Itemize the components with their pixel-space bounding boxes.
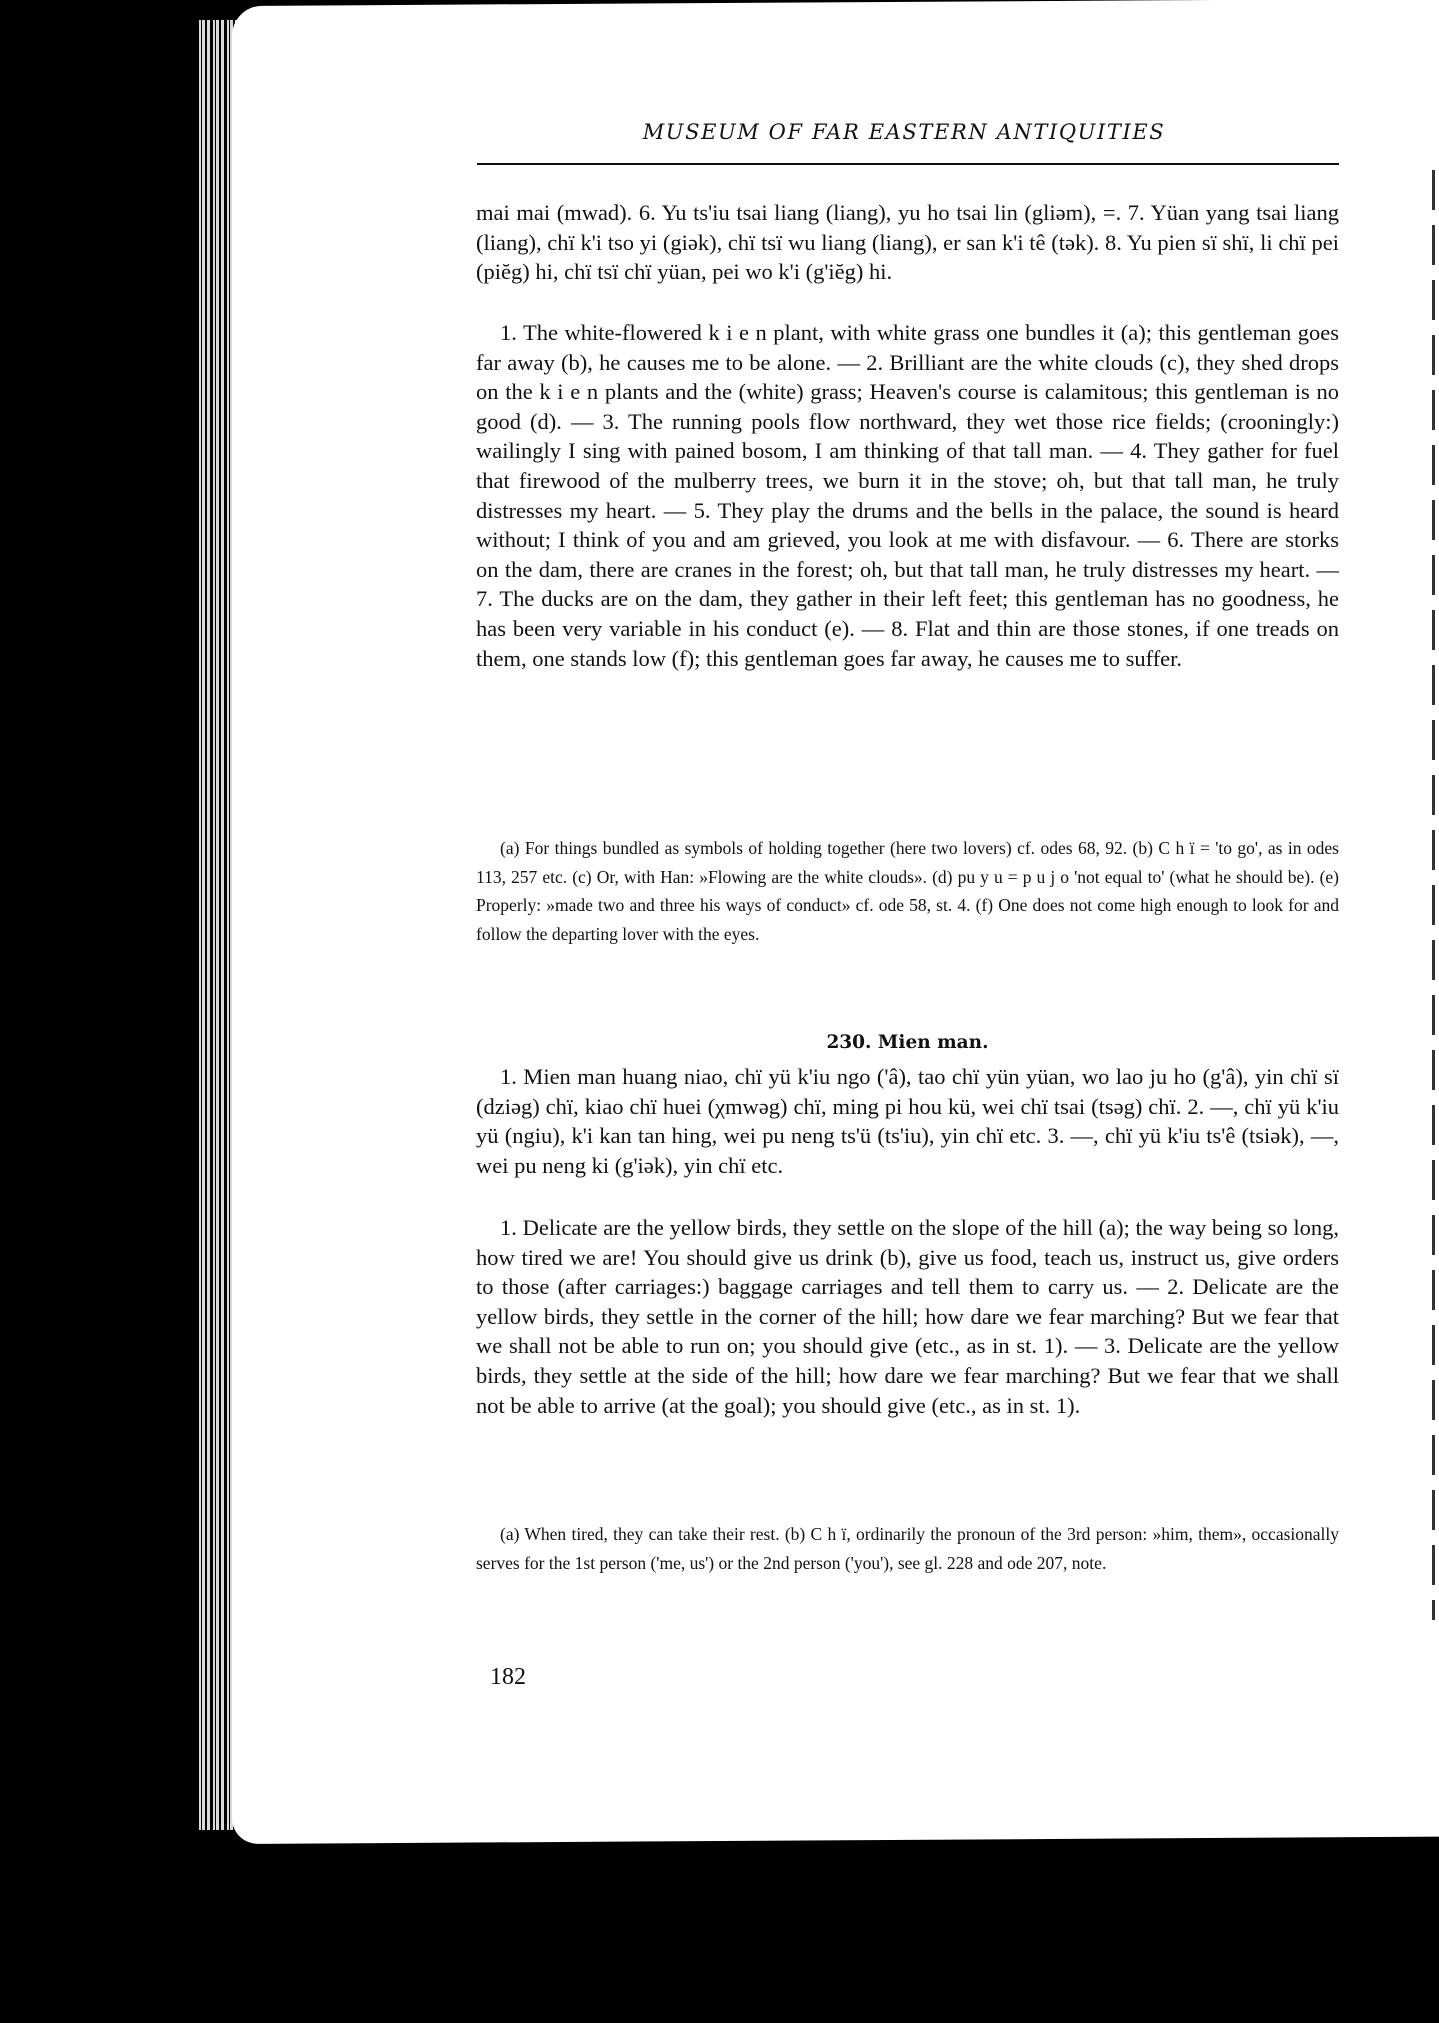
ode-230-title: 230. Mien man. [476, 1032, 1339, 1053]
ode-229-translation-block: 1. The white-flowered k i e n plant, wit… [476, 318, 1339, 673]
ode-229-translation: 1. The white-flowered k i e n plant, wit… [476, 318, 1339, 673]
running-head: MUSEUM OF FAR EASTERN ANTIQUITIES [584, 120, 1224, 144]
ode-230-transcription: 1. Mien man huang niao, chï yü k'iu ngo … [476, 1062, 1339, 1180]
ode-230-transcription-block: 1. Mien man huang niao, chï yü k'iu ngo … [476, 1062, 1339, 1180]
ode-230-title-block: 230. Mien man. [476, 1032, 1339, 1053]
ode-229-notes: (a) For things bundled as symbols of hol… [476, 834, 1339, 948]
ode-229-notes-block: (a) For things bundled as symbols of hol… [476, 834, 1339, 948]
page-number: 182 [490, 1664, 526, 1691]
ode-230-translation-block: 1. Delicate are the yellow birds, they s… [476, 1213, 1339, 1420]
ode-229-transcription: mai mai (mwad). 6. Yu ts'iu tsai liang (… [476, 198, 1339, 287]
header-rule [477, 163, 1339, 165]
ode-230-notes-block: (a) When tired, they can take their rest… [476, 1520, 1339, 1577]
ode-230-notes: (a) When tired, they can take their rest… [476, 1520, 1339, 1577]
page-right-edge [1432, 170, 1435, 1620]
ode-230-translation: 1. Delicate are the yellow birds, they s… [476, 1213, 1339, 1420]
ode-229-transcription-block: mai mai (mwad). 6. Yu ts'iu tsai liang (… [476, 198, 1339, 287]
gutter-shadow [262, 20, 292, 1830]
